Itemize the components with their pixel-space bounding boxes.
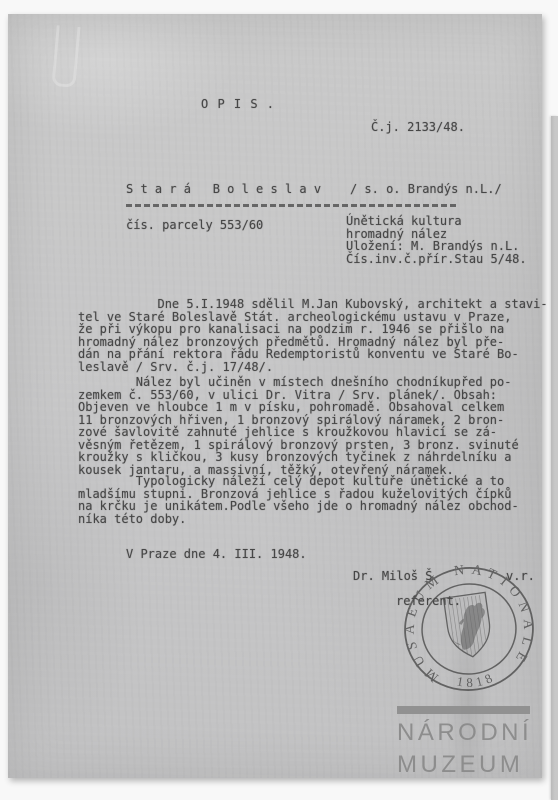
document-page: O P I S . Č.j. 2133/48. S t a r á B o l … <box>8 14 542 778</box>
paperclip-imprint <box>51 25 80 88</box>
copy-label: O P I S . <box>201 98 275 111</box>
paragraph-2: Nález byl učiněn v místech dnešního chod… <box>78 376 519 476</box>
dateline: V Praze dne 4. III. 1948. <box>126 548 307 561</box>
paragraph-3: Typologicky náleží celý depot kultuře ún… <box>78 475 519 525</box>
museum-watermark: NÁRODNÍ MUZEUM <box>397 706 533 778</box>
watermark-line1: NÁRODNÍ <box>397 719 533 746</box>
museum-stamp: MUSAEUM NATIONALE 1818 <box>400 565 538 703</box>
document-heading: S t a r á B o l e s l a v / s. o. Brandý… <box>126 183 502 196</box>
heading-underline <box>126 204 458 207</box>
watermark-bar <box>397 706 530 714</box>
paragraph-1: Dne 5.I.1948 sdělil M.Jan Kubovský, arch… <box>78 298 548 373</box>
watermark-line2: MUZEUM <box>397 751 533 778</box>
stamp-shield <box>443 592 493 659</box>
next-page-edge <box>551 116 558 800</box>
parcel-number: čís. parcely 553/60 <box>126 219 263 232</box>
classification-block: Únětická kultura hromadný nález Uložení:… <box>346 215 527 265</box>
reference-number: Č.j. 2133/48. <box>371 121 465 134</box>
stamp-year: 1818 <box>454 668 499 692</box>
scan-background: O P I S . Č.j. 2133/48. S t a r á B o l … <box>0 0 558 800</box>
